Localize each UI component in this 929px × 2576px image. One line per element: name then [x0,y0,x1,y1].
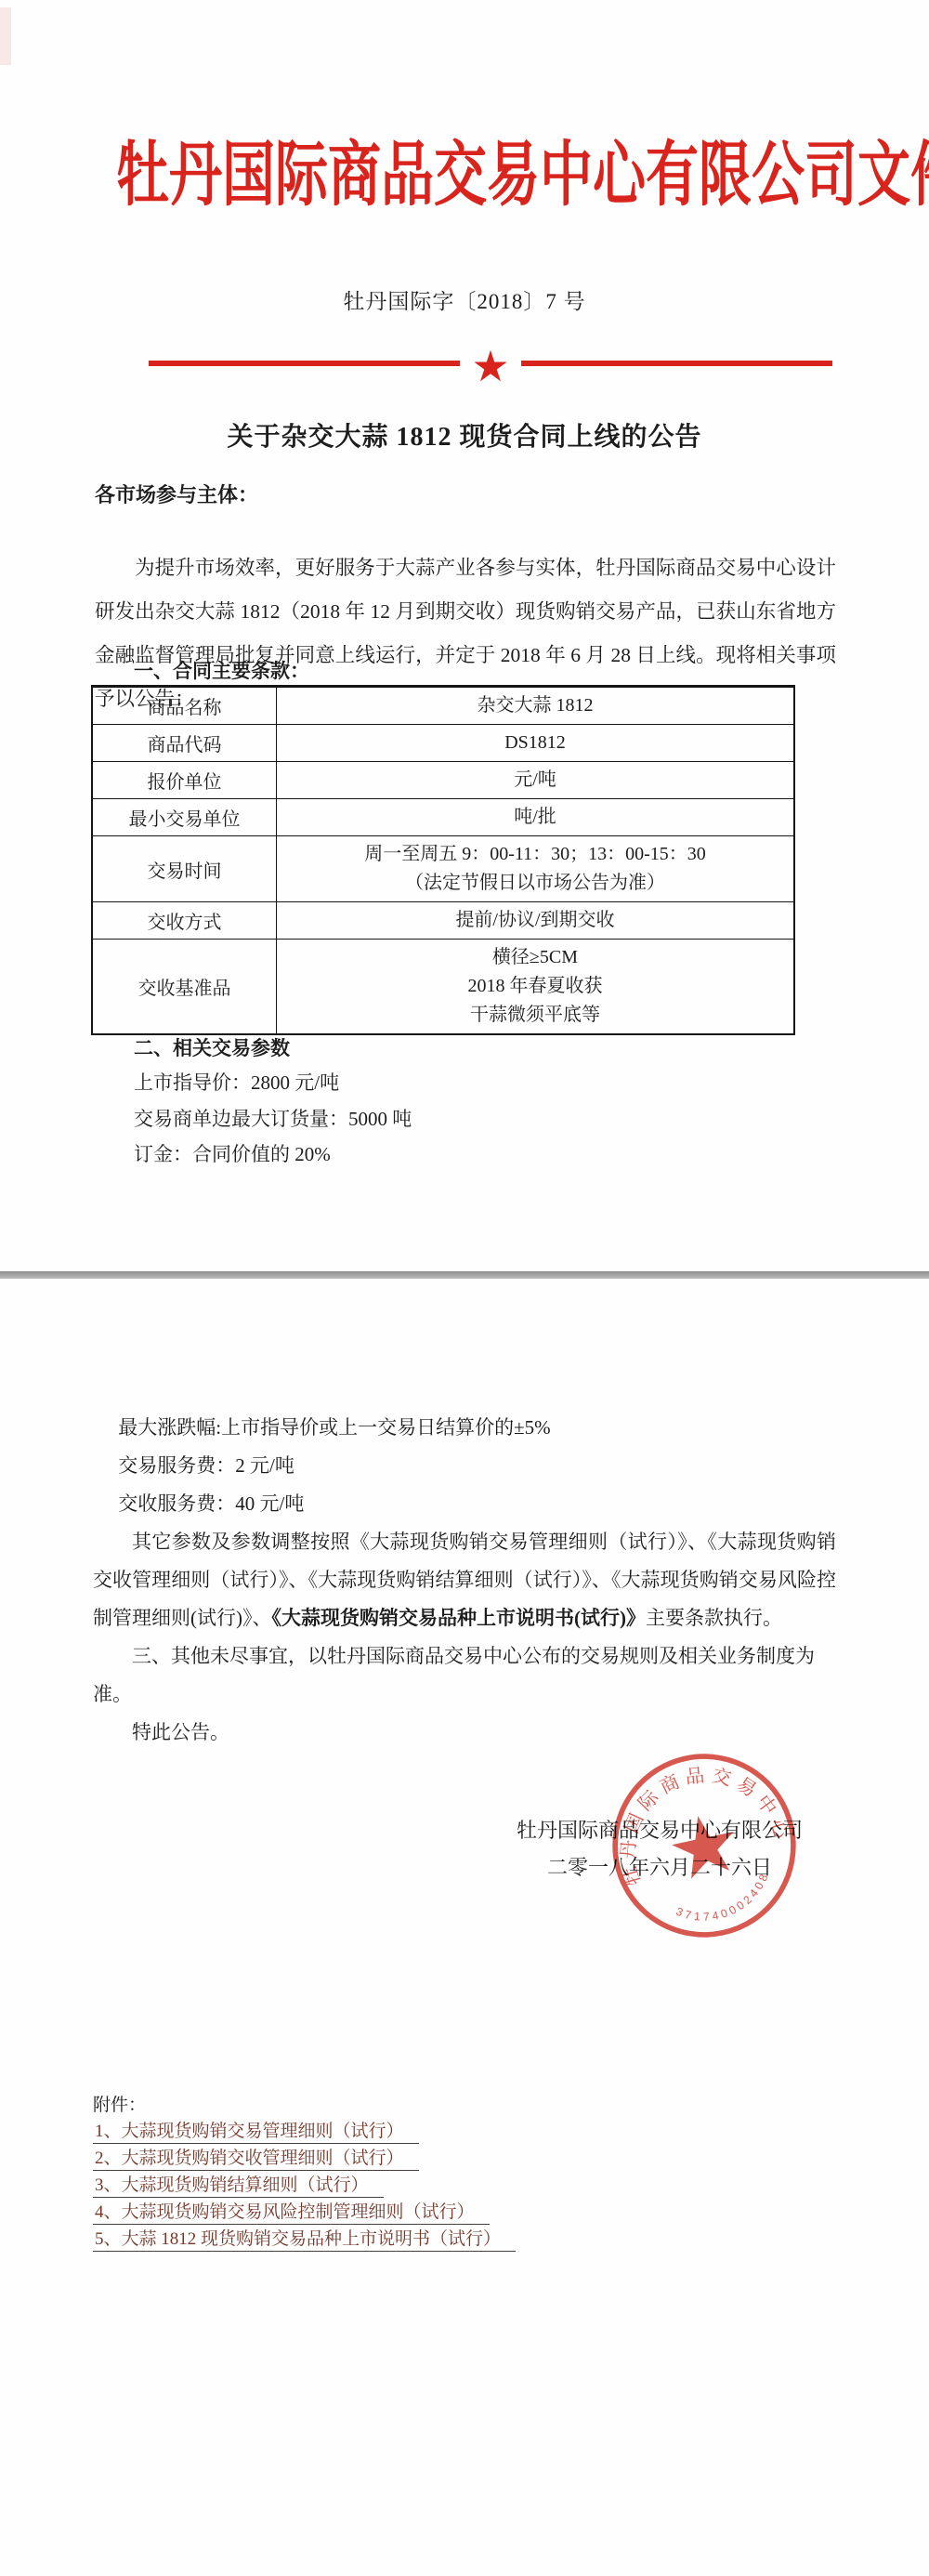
divider-line-left [149,361,460,366]
attachment-link[interactable]: 1、大蒜现货购销交易管理细则（试行） [93,2121,419,2144]
table-row: 报价单位 元/吨 [93,761,793,798]
signature-block: 牡丹国际商品交易中心有限公司 二零一八年六月二十六日 [506,1812,813,1886]
announcement-title: 关于杂交大蒜 1812 现货合同上线的公告 [0,416,929,453]
table-row: 交收方式 提前/协议/到期交收 [93,901,793,939]
divider-line-right [521,361,832,366]
signature-date: 二零一八年六月二十六日 [506,1849,813,1886]
letterhead-title: 牡丹国际商品交易中心有限公司文件 [116,136,813,217]
attachment-link[interactable]: 4、大蒜现货购销交易风险控制管理细则（试行） [93,2201,490,2225]
attachments-label: 附件： [93,2091,516,2116]
closing-line: 特此公告。 [93,1714,836,1752]
section2-heading: 二、相关交易参数 [95,1033,290,1061]
table-row-label: 交收基准品 [93,940,277,1033]
value-line: 干蒜微须平底等 [470,1001,600,1030]
value-line: 横径≥5CM [492,943,578,972]
salutation: 各市场参与主体： [95,480,258,508]
section3-paragraph: 三、其他未尽事宜，以牡丹国际商品交易中心公布的交易规则及相关业务制度为准。 [93,1637,836,1714]
table-row-value: 元/吨 [277,762,793,798]
parameter-line: 交收服务费：40 元/吨 [93,1485,836,1523]
section1-heading: 一、合同主要条款： [95,656,309,684]
table-row-value: 提前/协议/到期交收 [277,902,793,939]
table-row: 商品名称 杂交大蒜 1812 [93,687,793,724]
table-row-label: 报价单位 [93,762,277,798]
table-row: 交收基准品 横径≥5CM2018 年春夏收获干蒜微须平底等 [93,939,793,1033]
other-parameters-paragraph: 其它参数及参数调整按照《大蒜现货购销交易管理细则（试行）》、《大蒜现货购销交收管… [93,1523,836,1637]
table-row: 商品代码 DS1812 [93,724,793,761]
table-row-label: 交易时间 [93,836,277,901]
attachment-link[interactable]: 2、大蒜现货购销交收管理细则（试行） [93,2148,419,2171]
parameter-line: 上市指导价：2800 元/吨 [95,1065,836,1101]
value-line: 2018 年春夏收获 [468,972,603,1001]
page2-body: 最大涨跌幅:上市指导价或上一交易日结算价的±5% 交易服务费：2 元/吨 交收服… [93,1409,836,1752]
scanned-document-page: 牡丹国际商品交易中心有限公司文件 牡丹国际字〔2018〕7 号 ★ 关于杂交大蒜… [0,0,929,2576]
table-row-value: 横径≥5CM2018 年春夏收获干蒜微须平底等 [277,940,793,1033]
other-params-bold-title: 《大蒜现货购销交易品种上市说明书(试行)》 [272,1607,647,1629]
attachment-link[interactable]: 5、大蒜 1812 现货购销交易品种上市说明书（试行） [93,2228,516,2252]
trading-parameters-page2: 最大涨跌幅:上市指导价或上一交易日结算价的±5% 交易服务费：2 元/吨 交收服… [93,1409,836,1523]
value-line: 周一至周五 9：00-11：30；13：00-15：30 [364,840,706,869]
table-row-value: 吨/批 [277,799,793,835]
value-line: DS1812 [504,729,566,757]
star-icon: ★ [471,346,509,388]
page-break-separator [0,1271,929,1279]
table-row-value: 杂交大蒜 1812 [277,688,793,724]
value-line: 元/吨 [514,766,556,795]
value-line: 吨/批 [514,803,556,832]
signature-company: 牡丹国际商品交易中心有限公司 [506,1812,813,1849]
parameter-line: 最大涨跌幅:上市指导价或上一交易日结算价的±5% [93,1409,836,1447]
red-divider: ★ [149,342,832,385]
table-row-value: DS1812 [277,725,793,761]
value-line: 杂交大蒜 1812 [478,691,594,720]
table-row: 最小交易单位 吨/批 [93,798,793,835]
table-row-label: 商品代码 [93,725,277,761]
trading-parameters-page1: 上市指导价：2800 元/吨 交易商单边最大订货量：5000 吨 订金：合同价值… [95,1065,836,1173]
document-number: 牡丹国际字〔2018〕7 号 [0,284,929,315]
attachments-list: 1、大蒜现货购销交易管理细则（试行） 2、大蒜现货购销交收管理细则（试行） 3、… [93,2121,516,2252]
attachment-link[interactable]: 3、大蒜现货购销结算细则（试行） [93,2175,384,2198]
parameter-line: 交易商单边最大订货量：5000 吨 [95,1101,836,1137]
other-params-suffix: 主要条款执行。 [646,1607,782,1629]
contract-terms-table: 商品名称 杂交大蒜 1812 商品代码 DS1812 报价单位 元/吨 最小交易… [91,685,795,1035]
parameter-line: 订金：合同价值的 20% [95,1137,836,1173]
attachments-block: 附件： 1、大蒜现货购销交易管理细则（试行） 2、大蒜现货购销交收管理细则（试行… [93,2091,516,2255]
table-row: 交易时间 周一至周五 9：00-11：30；13：00-15：30（法定节假日以… [93,835,793,901]
table-row-label: 交收方式 [93,902,277,939]
table-row-label: 商品名称 [93,688,277,724]
scan-artifact [0,7,11,65]
table-row-value: 周一至周五 9：00-11：30；13：00-15：30（法定节假日以市场公告为… [277,836,793,901]
parameter-line: 交易服务费：2 元/吨 [93,1447,836,1485]
value-line: （法定节假日以市场公告为准） [405,869,665,898]
value-line: 提前/协议/到期交收 [455,906,614,935]
table-row-label: 最小交易单位 [93,799,277,835]
